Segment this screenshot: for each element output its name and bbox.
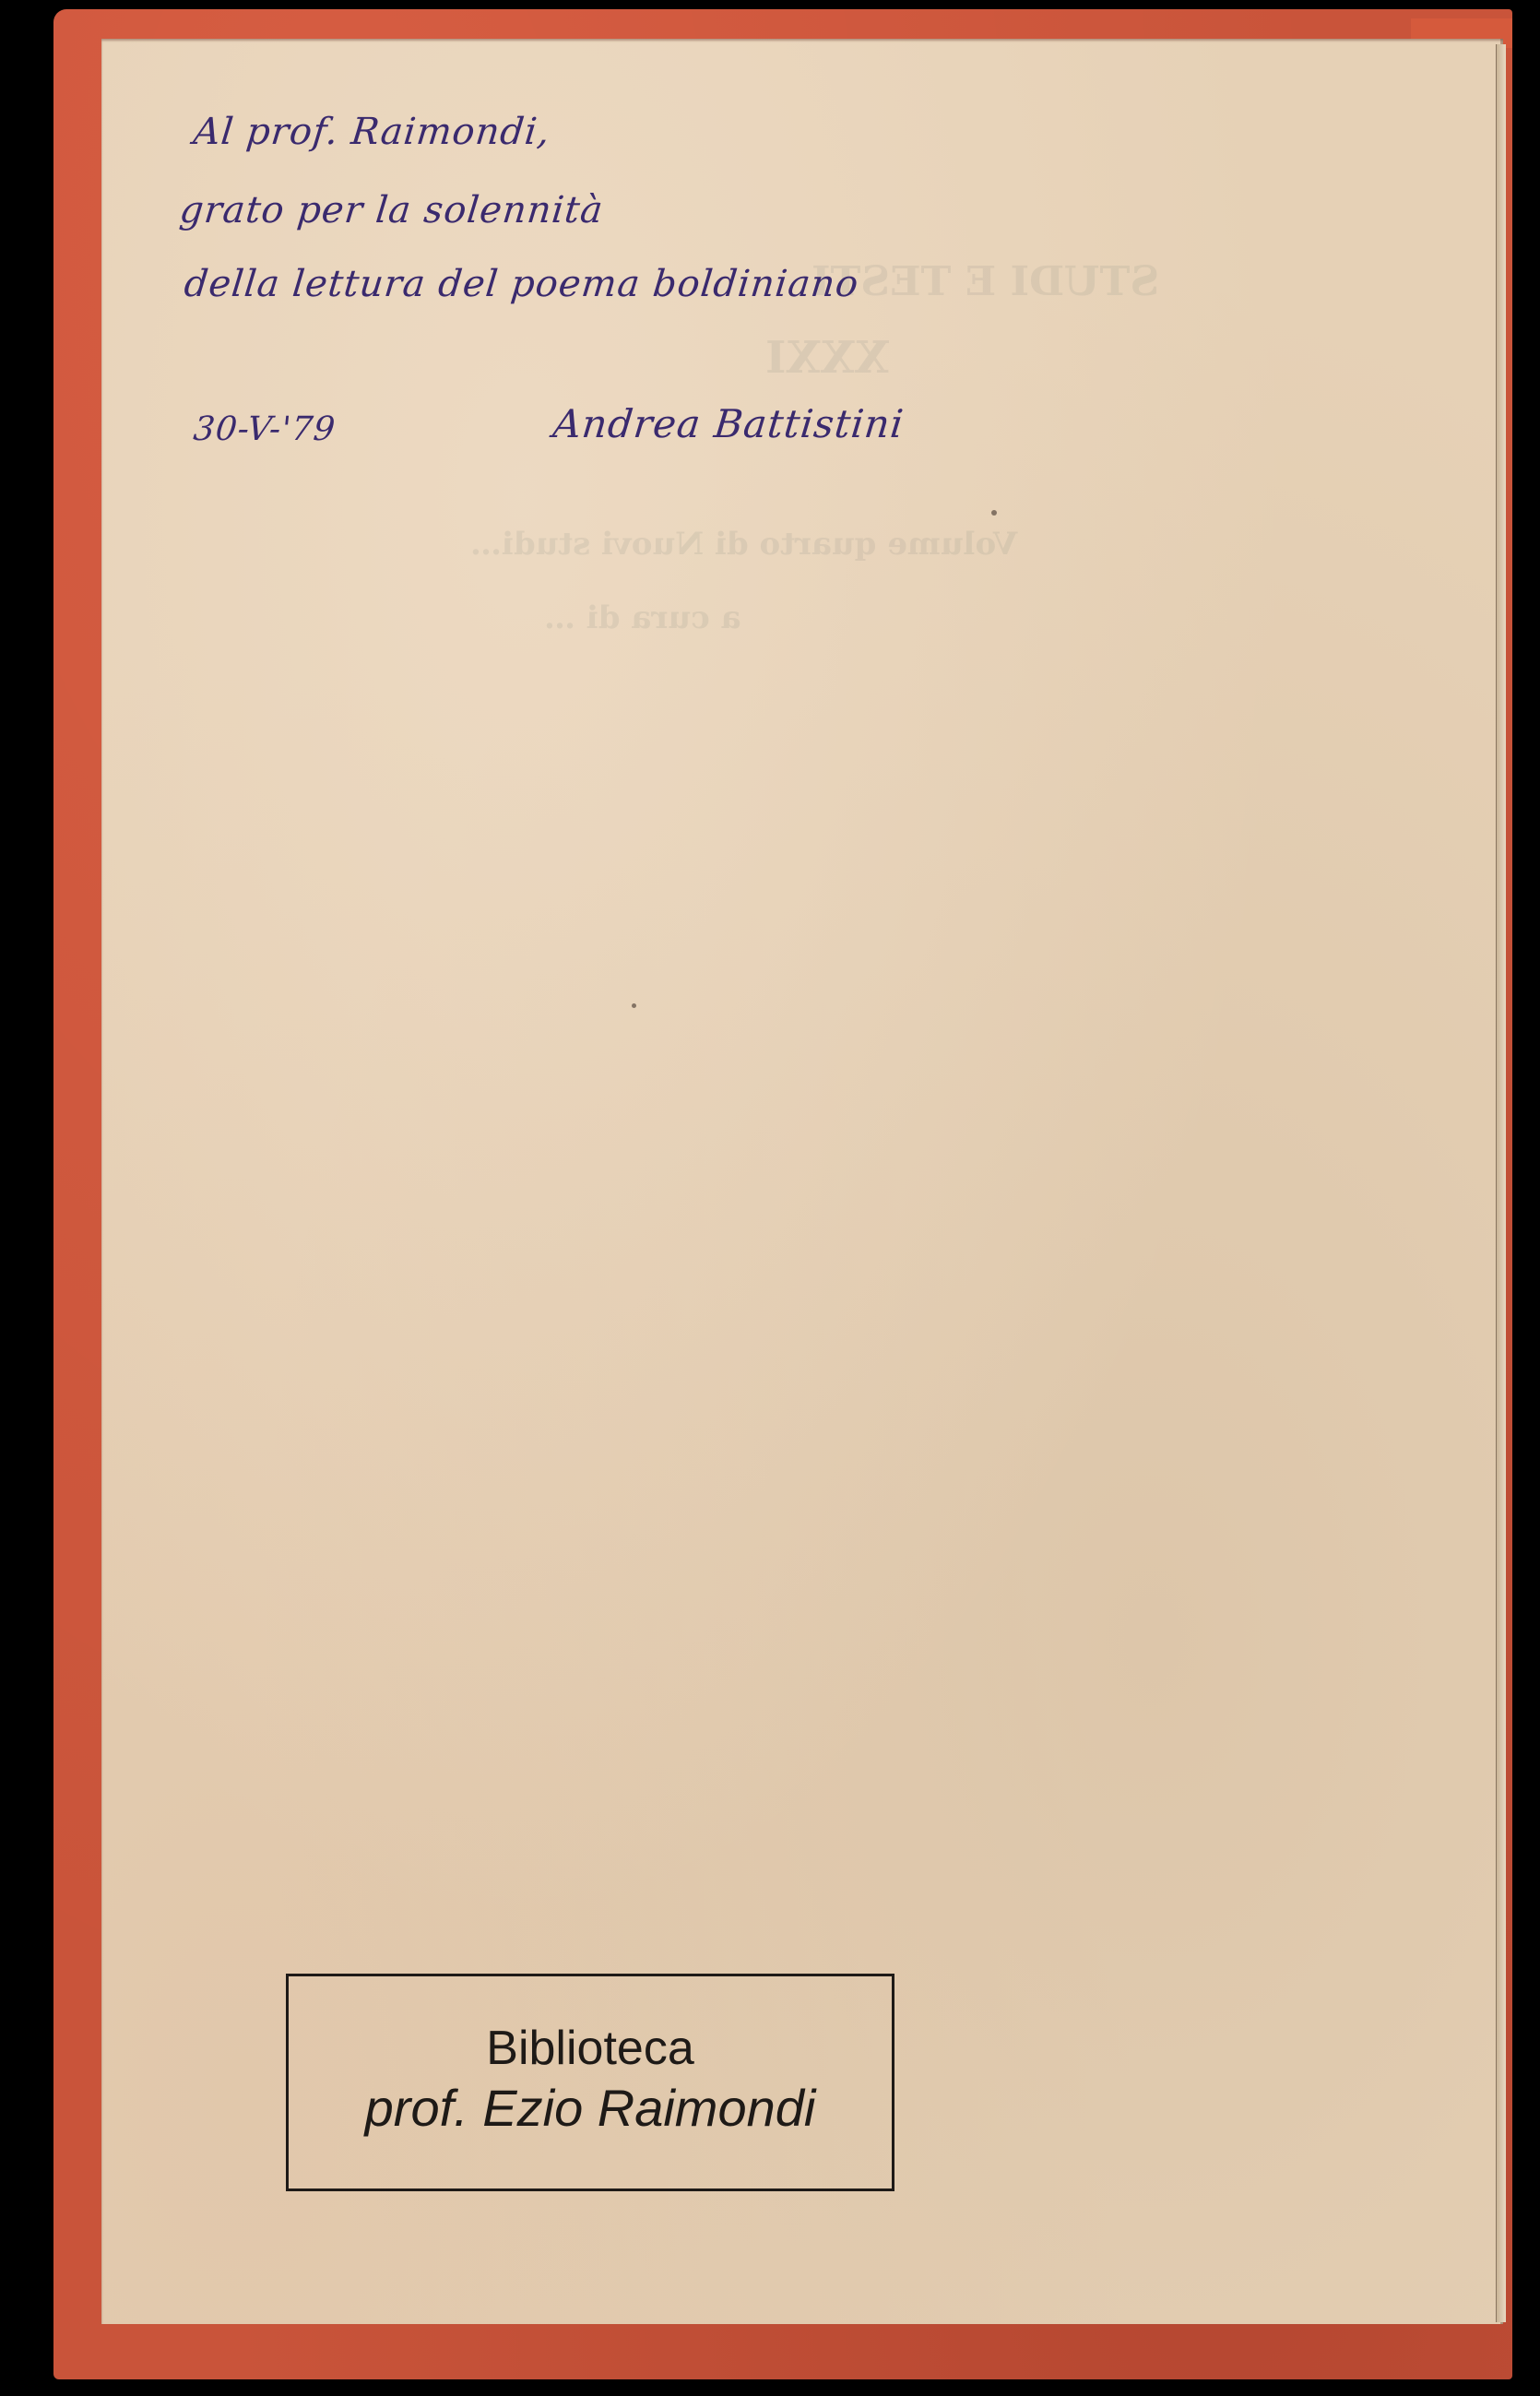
bleed-through-text: Volume quarto di Nuovi studi… (470, 526, 1017, 563)
dedication-date: 30-V-'79 (192, 410, 338, 448)
dedication-line: grato per la solennità (178, 189, 606, 231)
paper-speck (991, 510, 997, 516)
bleed-through-text: a cura di … (544, 599, 741, 636)
paper-speck (632, 1003, 636, 1008)
bleed-through-text: XXXI (765, 332, 889, 384)
dedication-line: della lettura del poema boldiniano (183, 263, 861, 305)
stamp-owner: prof. Ezio Raimondi (289, 2078, 892, 2138)
library-stamp: Biblioteca prof. Ezio Raimondi (286, 1974, 894, 2191)
stamp-title: Biblioteca (289, 2021, 892, 2076)
bleed-through-text: STUDI E TESTI (811, 258, 1159, 305)
signature: Andrea Battistini (551, 401, 906, 446)
dedication-line: Al prof. Raimondi, (192, 111, 552, 153)
page-edge (1496, 44, 1506, 2322)
